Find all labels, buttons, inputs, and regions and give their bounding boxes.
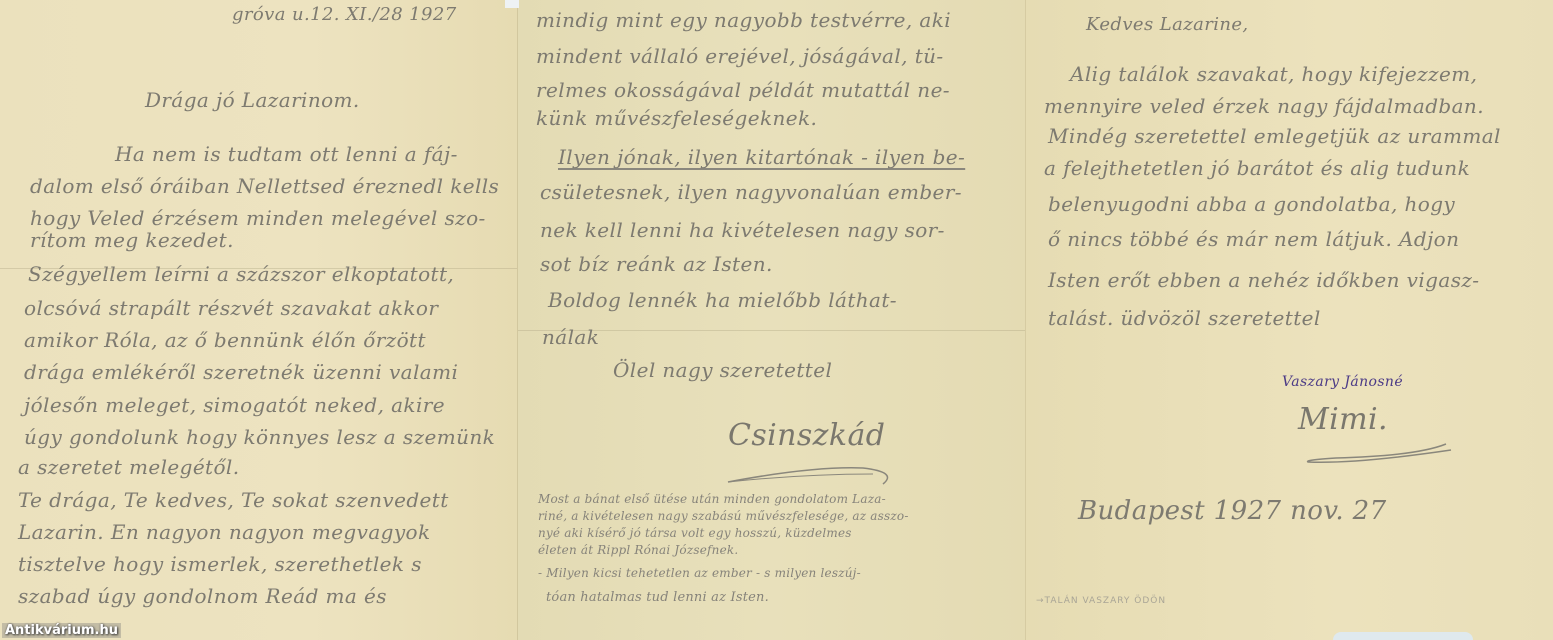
letter-line: ő nincs többé és már nem látjuk. Adjon [1048, 227, 1459, 251]
letter-date-header: gróva u.12. XI./28 1927 [232, 4, 457, 25]
postscript-line: nyé aki kísérő jó társa volt egy hosszú,… [538, 526, 852, 540]
letter-salutation: Drága jó Lazarinom. [145, 88, 360, 112]
signature-flourish-icon [1296, 438, 1456, 468]
letter-line: a szeretet melegétől. [18, 455, 240, 479]
letter-line: a felejthetetlen jó barátot és alig tudu… [1044, 156, 1470, 180]
letter-line: relmes okosságával példát mutattál ne- [536, 78, 950, 102]
ink-name-note: Vaszary Jánosné [1282, 374, 1403, 390]
letter-line: úgy gondolunk hogy könnyes lesz a szemün… [24, 425, 495, 449]
postscript-line: Most a bánat első ütése után minden gond… [538, 492, 886, 506]
letter-line: hogy Veled érzésem minden melegével szo- [30, 206, 486, 230]
letter-line: mindent vállaló erejével, jóságával, tü- [536, 44, 944, 68]
letter-line: tisztelve hogy ismerlek, szerethetlek s [18, 552, 422, 576]
letter-page-middle: mindig mint egy nagyobb testvérre, aki m… [517, 0, 1025, 640]
letter-line: Te drága, Te kedves, Te sokat szenvedett [18, 488, 449, 512]
signature-flourish-icon [723, 460, 903, 490]
letter-line: dalom első óráiban Nellettsed éreznedl k… [30, 174, 499, 198]
letter-line: nek kell lenni ha kivételesen nagy sor- [540, 218, 945, 242]
letter-line: künk művészfeleségeknek. [536, 106, 817, 130]
postscript-line: tóan hatalmas tud lenni az Isten. [546, 590, 769, 605]
letter-line: Lazarin. En nagyon nagyon megvagyok [18, 520, 431, 544]
letter-line: szabad úgy gondolnom Reád ma és [18, 584, 387, 608]
letter-signature: Csinszkád [728, 418, 885, 453]
letter-line: Mindég szeretettel emlegetjük az urammal [1048, 124, 1501, 148]
letter-line: mennyire veled érzek nagy fájdalmadban. [1044, 94, 1484, 118]
letter-line: belenyugodni abba a gondolatba, hogy [1048, 192, 1455, 216]
letter-line: Isten erőt ebben a nehéz időkben vigasz- [1048, 268, 1479, 292]
letter-line: Szégyellem leírni a százszor elkoptatott… [28, 262, 454, 286]
place-date: Budapest 1927 nov. 27 [1078, 496, 1387, 526]
letter-salutation: Kedves Lazarine, [1086, 14, 1249, 35]
letter-closing: Ölel nagy szeretettel [613, 358, 832, 382]
letter-line: mindig mint egy nagyobb testvérre, aki [536, 8, 951, 32]
letter-line: csületesnek, ilyen nagyvonalúan ember- [540, 180, 962, 204]
postscript-line: - Milyen kicsi tehetetlen az ember - s m… [538, 566, 861, 580]
watermark-logo: Antikvárium.hu [2, 623, 121, 638]
letter-page-right: Kedves Lazarine, Alig találok szavakat, … [1025, 0, 1553, 640]
postscript-line: életen át Rippl Rónai Józsefnek. [538, 543, 738, 557]
letter-line: jólesőn meleget, simogatót neked, akire [24, 393, 445, 417]
tape-strip [505, 0, 519, 8]
letter-line: rítom meg kezedet. [30, 228, 234, 252]
letter-line: talást. üdvözöl szeretettel [1048, 306, 1321, 330]
pencil-annotation: →TALÁN VASZARY ÖDÖN [1036, 596, 1166, 606]
letter-page-left: gróva u.12. XI./28 1927 Drága jó Lazarin… [0, 0, 517, 640]
letter-line: Ilyen jónak, ilyen kitartónak - ilyen be… [558, 145, 965, 169]
letter-line: Alig találok szavakat, hogy kifejezzem, [1070, 62, 1477, 86]
letter-line: Boldog lennék ha mielőbb láthat- [548, 288, 897, 312]
letter-line: Ha nem is tudtam ott lenni a fáj- [115, 142, 458, 166]
letter-line: sot bíz reánk az Isten. [540, 252, 773, 276]
letter-signature: Mimi. [1298, 402, 1388, 437]
letter-line: nálak [542, 325, 599, 349]
postscript-line: riné, a kivételesen nagy szabású művészf… [538, 509, 909, 523]
letter-line: drága emlékéről szeretnék üzenni valami [24, 360, 458, 384]
letter-line: amikor Róla, az ő bennünk élőn őrzött [24, 328, 426, 352]
tape-strip [1333, 632, 1473, 640]
letter-line: olcsóvá strapált részvét szavakat akkor [24, 296, 438, 320]
